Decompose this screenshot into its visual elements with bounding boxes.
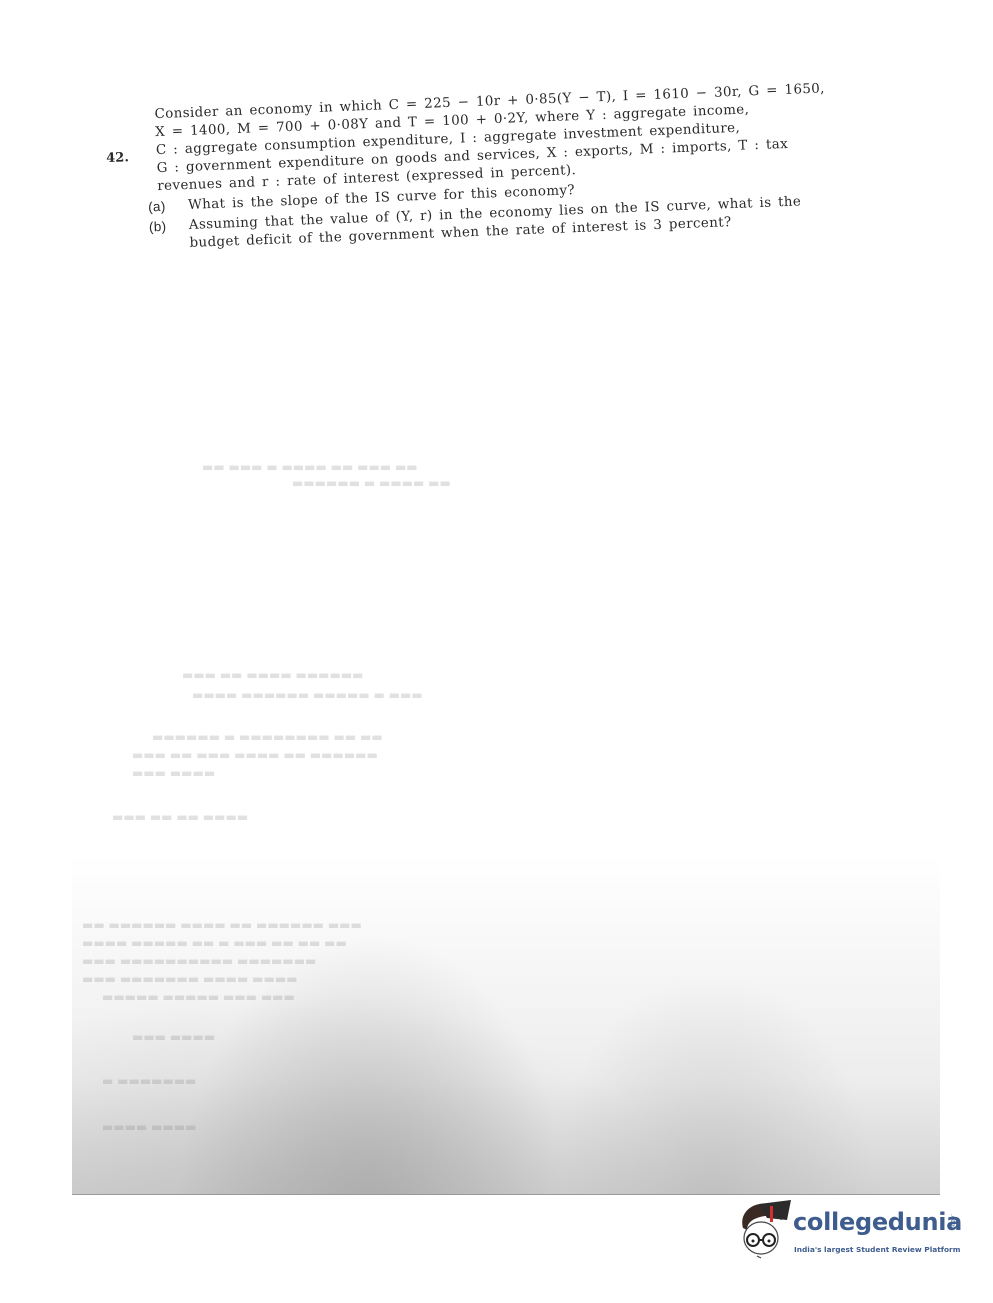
logo-tagline: India's largest Student Review Platform <box>794 1245 960 1254</box>
collegedunia-logo[interactable]: collegedunia .com India's largest Studen… <box>737 1198 967 1268</box>
sub-question-label: (b) <box>149 218 172 255</box>
bleed-through-text: ▬▬▬▬ ▬▬▬▬▬▬ ▬▬▬▬▬ ▬ ▬▬▬ <box>192 688 423 702</box>
bleed-through-text: ▬▬▬ ▬▬ ▬▬ ▬▬▬▬ <box>112 810 248 824</box>
bleed-through-text: ▬▬▬ ▬▬ ▬▬▬▬ ▬▬▬▬▬▬ <box>182 668 364 682</box>
bleed-through-text: ▬▬▬▬▬▬ ▬ ▬▬▬▬▬▬▬▬ ▬▬ ▬▬ <box>152 730 383 744</box>
scanned-shadow-region: ▬▬ ▬▬▬ ▬ ▬▬▬▬ ▬▬ ▬▬▬ ▬▬ ▬▬▬▬▬▬ ▬ ▬▬▬▬ ▬▬… <box>72 440 940 1195</box>
mascot-icon <box>737 1198 797 1260</box>
bleed-through-text: ▬▬▬▬▬▬ ▬ ▬▬▬▬ ▬▬ <box>292 476 451 490</box>
sub-question-label: (a) <box>148 198 171 217</box>
question-block: 42. Consider an economy in which C = 225… <box>104 78 889 256</box>
bleed-through-text: ▬▬▬ ▬▬▬▬▬▬▬▬▬▬ ▬▬▬▬▬▬▬ <box>82 954 316 968</box>
bleed-through-text: ▬▬▬▬ ▬▬▬▬ <box>102 1120 197 1134</box>
bleed-through-text: ▬▬▬ ▬▬▬▬ <box>132 1030 215 1044</box>
bleed-through-text: ▬▬▬▬▬ ▬▬▬▬▬ ▬▬▬ ▬▬▬ <box>102 990 295 1004</box>
logo-wordmark: collegedunia <box>793 1208 962 1236</box>
bleed-through-text: ▬▬ ▬▬▬▬▬▬ ▬▬▬▬ ▬▬ ▬▬▬▬▬▬ ▬▬▬ <box>82 918 362 932</box>
scanned-page: ▬▬ ▬▬▬ ▬ ▬▬▬▬ ▬▬ ▬▬▬ ▬▬ ▬▬▬▬▬▬ ▬ ▬▬▬▬ ▬▬… <box>0 0 993 1303</box>
logo-domain-suffix: .com <box>949 1214 956 1229</box>
question-body: Consider an economy in which C = 225 − 1… <box>154 78 889 254</box>
bleed-through-text: ▬▬ ▬▬▬ ▬ ▬▬▬▬ ▬▬ ▬▬▬ ▬▬ <box>202 460 418 474</box>
bleed-through-text: ▬ ▬▬▬▬▬▬▬ <box>102 1074 197 1088</box>
bleed-through-text: ▬▬▬ ▬▬▬▬▬▬▬ ▬▬▬▬ ▬▬▬▬ <box>82 972 298 986</box>
bleed-through-text: ▬▬▬▬ ▬▬▬▬▬ ▬▬ ▬ ▬▬▬ ▬▬ ▬▬ ▬▬ <box>82 936 347 950</box>
bleed-through-text: ▬▬▬ ▬▬ ▬▬▬ ▬▬▬▬ ▬▬ ▬▬▬▬▬▬ <box>132 748 378 762</box>
bleed-through-text: ▬▬▬ ▬▬▬▬ <box>132 766 215 780</box>
question-number: 42. <box>106 149 129 168</box>
